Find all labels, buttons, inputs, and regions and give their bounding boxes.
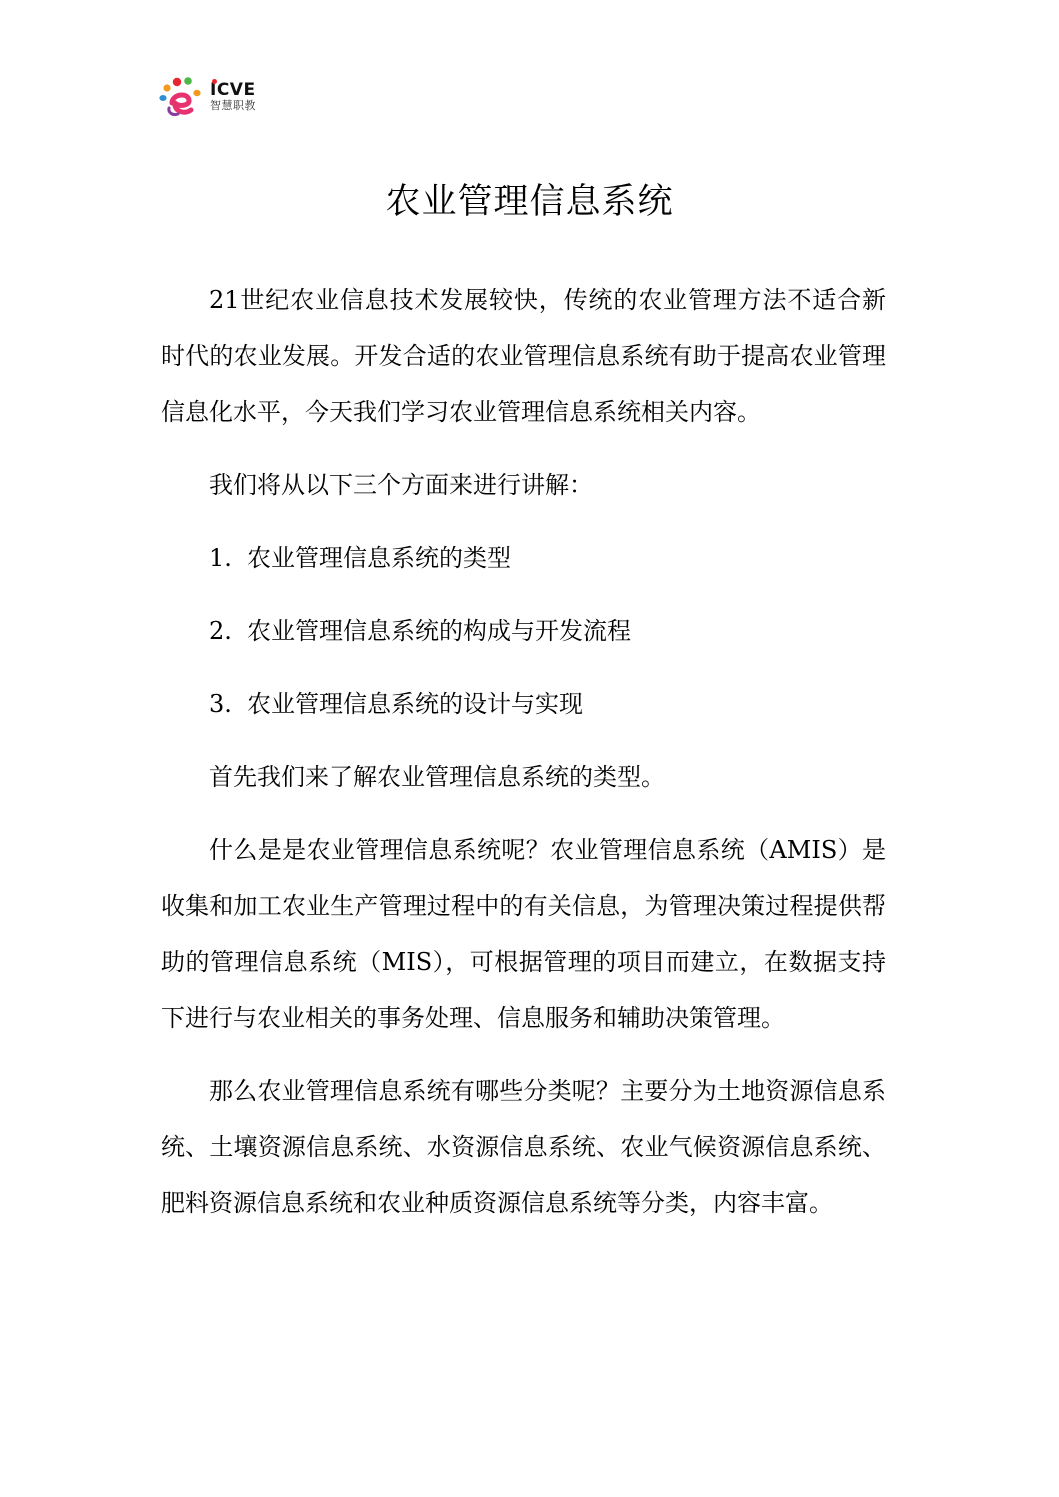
outline-item-number: 1. xyxy=(209,530,247,586)
icve-logo: ICVE 智慧职教 xyxy=(158,76,268,120)
outline-item-number: 3. xyxy=(209,676,247,732)
logo-text-block: ICVE 智慧职教 xyxy=(210,82,256,112)
definition-paragraph: 什么是是农业管理信息系统呢？农业管理信息系统（AMIS）是收集和加工农业生产管理… xyxy=(161,822,886,1046)
outline-item-3: 3.农业管理信息系统的设计与实现 xyxy=(161,676,886,732)
logo-subtitle: 智慧职教 xyxy=(210,99,256,112)
logo-brand-text: ICVE xyxy=(210,80,256,100)
logo-i-dot-icon xyxy=(212,79,217,84)
outline-lead-paragraph: 我们将从以下三个方面来进行讲解： xyxy=(161,457,886,513)
outline-item-1: 1.农业管理信息系统的类型 xyxy=(161,530,886,586)
section-intro-paragraph: 首先我们来了解农业管理信息系统的类型。 xyxy=(161,749,886,805)
outline-item-2: 2.农业管理信息系统的构成与开发流程 xyxy=(161,603,886,659)
outline-item-number: 2. xyxy=(209,603,247,659)
icve-logo-mark-icon xyxy=(158,76,208,120)
outline-item-text: 农业管理信息系统的设计与实现 xyxy=(247,690,583,718)
document-title: 农业管理信息系统 xyxy=(0,180,1059,224)
classification-paragraph: 那么农业管理信息系统有哪些分类呢？主要分为土地资源信息系统、土壤资源信息系统、水… xyxy=(161,1063,886,1231)
logo-brand: ICVE xyxy=(210,82,256,99)
intro-paragraph: 21世纪农业信息技术发展较快，传统的农业管理方法不适合新时代的农业发展。开发合适… xyxy=(161,272,886,440)
document-body: 21世纪农业信息技术发展较快，传统的农业管理方法不适合新时代的农业发展。开发合适… xyxy=(161,272,886,1248)
outline-item-text: 农业管理信息系统的类型 xyxy=(247,544,511,572)
outline-item-text: 农业管理信息系统的构成与开发流程 xyxy=(247,617,631,645)
